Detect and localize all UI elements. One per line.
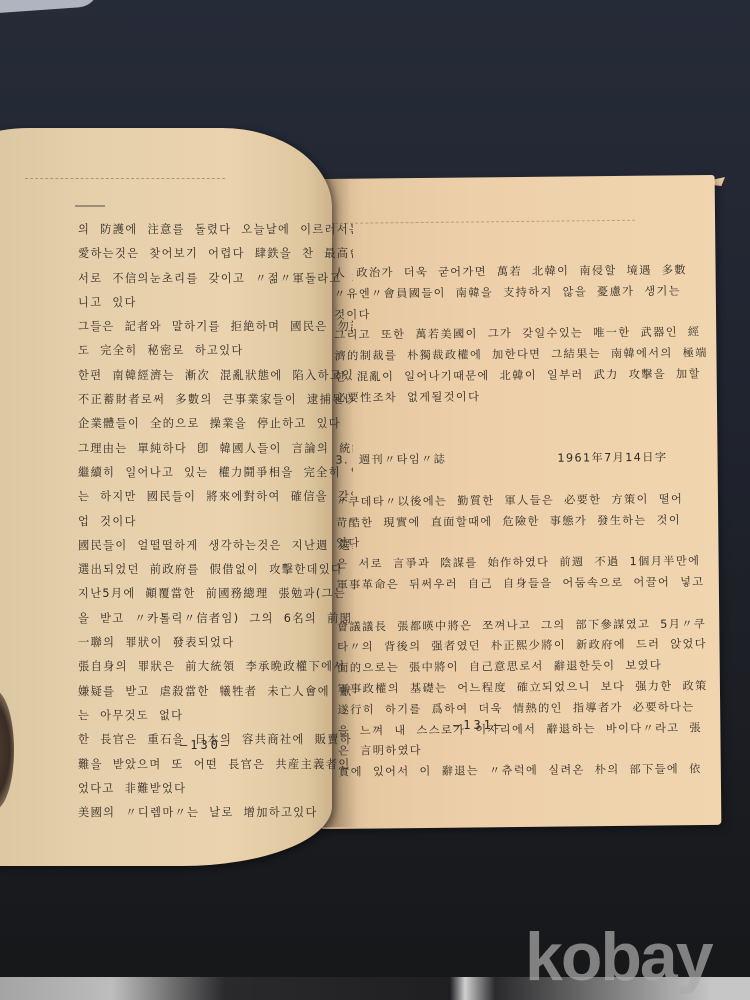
text-line: 한 混亂이 일어나기때문에 北韓이 일부러 武力 攻擊을 加할 (335, 364, 707, 388)
text-line: 을 느껴 내 스스로가 이자리에서 辭退하는 바이다〃라고 張 (338, 718, 710, 742)
text-line: 苛酷한 現實에 直面할때에 危險한 事態가 發生하는 것이 (336, 510, 708, 534)
text-line: 서로 不信의눈초리를 갖이고 〃젊〃軍돌라고 非難하 (78, 267, 353, 291)
article-heading: 3. 週刊〃타임〃誌 1961年7月14日字 (335, 448, 707, 472)
text-line: 는 아무것도 없다 (78, 704, 353, 728)
text-line: 도 完全히 秘密로 하고있다 (78, 339, 353, 363)
text-line: 을 받고 〃카톨릭〃信者임) 그의 6名의 前閣僚들에 (78, 607, 353, 631)
text-line: 實에 있어서 이 辭退는 〃츄럭에 실려온 朴의 部下들에 依 (338, 759, 710, 783)
page-rule (335, 220, 635, 225)
text-line: 一聯의 罪狀이 發表되었다 (78, 631, 353, 655)
text-line: 嫌疑를 받고 虐殺當한 犧牲者 未亡人會에 獻金했다 (78, 680, 353, 704)
text-line: 不正蓄財者로써 多數의 큰事業家들이 逮捕된以來 (78, 388, 353, 412)
text-line: 그들은 記者와 말하기를 拒絶하며 國民은 勿論 (78, 315, 353, 339)
left-page-text: 의 防護에 注意를 돌렸다 오늘날에 이르러서는 最愛하는것은 찾어보기 어렵다… (78, 218, 353, 825)
article-date: 1961年7月14日字 (557, 448, 667, 470)
right-page-text: 人 政治가 더욱 굳어가면 萬若 北韓이 南侵할 境遇 多數〃유엔〃會員國들이 … (334, 260, 711, 783)
text-line: 遂行히 하기를 爲하여 더욱 情熱的인 指導者가 必要하다는 (338, 697, 710, 721)
text-line: 愛하는것은 찾어보기 어렵다 肆鉄을 찬 最高會議의 (78, 242, 353, 266)
text-line: 〃쿠데타〃以後에는 勤質한 軍人들은 必要한 方策이 떨어 (336, 489, 708, 513)
text-line: 니고 있다 (78, 291, 353, 315)
text-line: 는 하지만 國民들이 將來에對하여 確信을 갖일수 (78, 485, 353, 509)
text-line: 그理由는 單純하다 卽 韓國人들이 言論의 統制로 (78, 437, 353, 461)
page-rule (25, 178, 225, 180)
text-line: 國民들이 얼떨떨하게 생각하는것은 지난週 選擧에 (78, 534, 353, 558)
text-line: 의 防護에 注意를 돌렸다 오늘날에 이르러서는 最 (78, 218, 353, 242)
text-line: 繼續히 일어나고 있는 權力鬪爭相을 完全히 알지 (78, 461, 353, 485)
text-line: 〃유엔〃會員國들이 南韓을 支持하지 않을 憂慮가 생기는 (334, 281, 706, 305)
text-line: 選出되었던 前政府를 假借없이 攻擊한데있다 (78, 558, 353, 582)
text-line: 人 政治가 더욱 굳어가면 萬若 北韓이 南侵할 境遇 多數 (334, 260, 706, 284)
light-glare (0, 0, 101, 14)
text-line: 軍事革命은 뒤써우러 自己 自身들을 어둠속으로 어끌어 넣고 (336, 572, 708, 596)
text-line: 美國의 〃디렘마〃는 날로 增加하고있다 (78, 801, 353, 825)
text-line: 軍事政權의 基礎는 어느程度 確立되었으니 보다 强力한 政策 (337, 676, 709, 700)
text-line: 張自身의 罪狀은 前大統領 李承晩政權下에서 共産主義 (78, 655, 353, 679)
page-number-left: —130— (180, 738, 231, 752)
text-line: 업 것이다 (78, 510, 353, 534)
page-number-right: —131— (453, 718, 504, 732)
text-line: 었다고 非難받었다 (78, 777, 353, 801)
text-line: 難을 받았으며 또 어떤 長官은 共産主義者인 것을 (78, 753, 353, 777)
page-mark (75, 205, 105, 207)
text-line: 企業體들이 全的으로 操業을 停止하고 있다 (78, 412, 353, 436)
text-line: 한편 南韓經濟는 漸次 混亂狀態에 陷入하고있다 (78, 364, 353, 388)
text-line: 지난5月에 顚覆當한 前國務總理 張勉과(그는 美國에 (78, 582, 353, 606)
watermark-logo: kobay (525, 918, 712, 996)
